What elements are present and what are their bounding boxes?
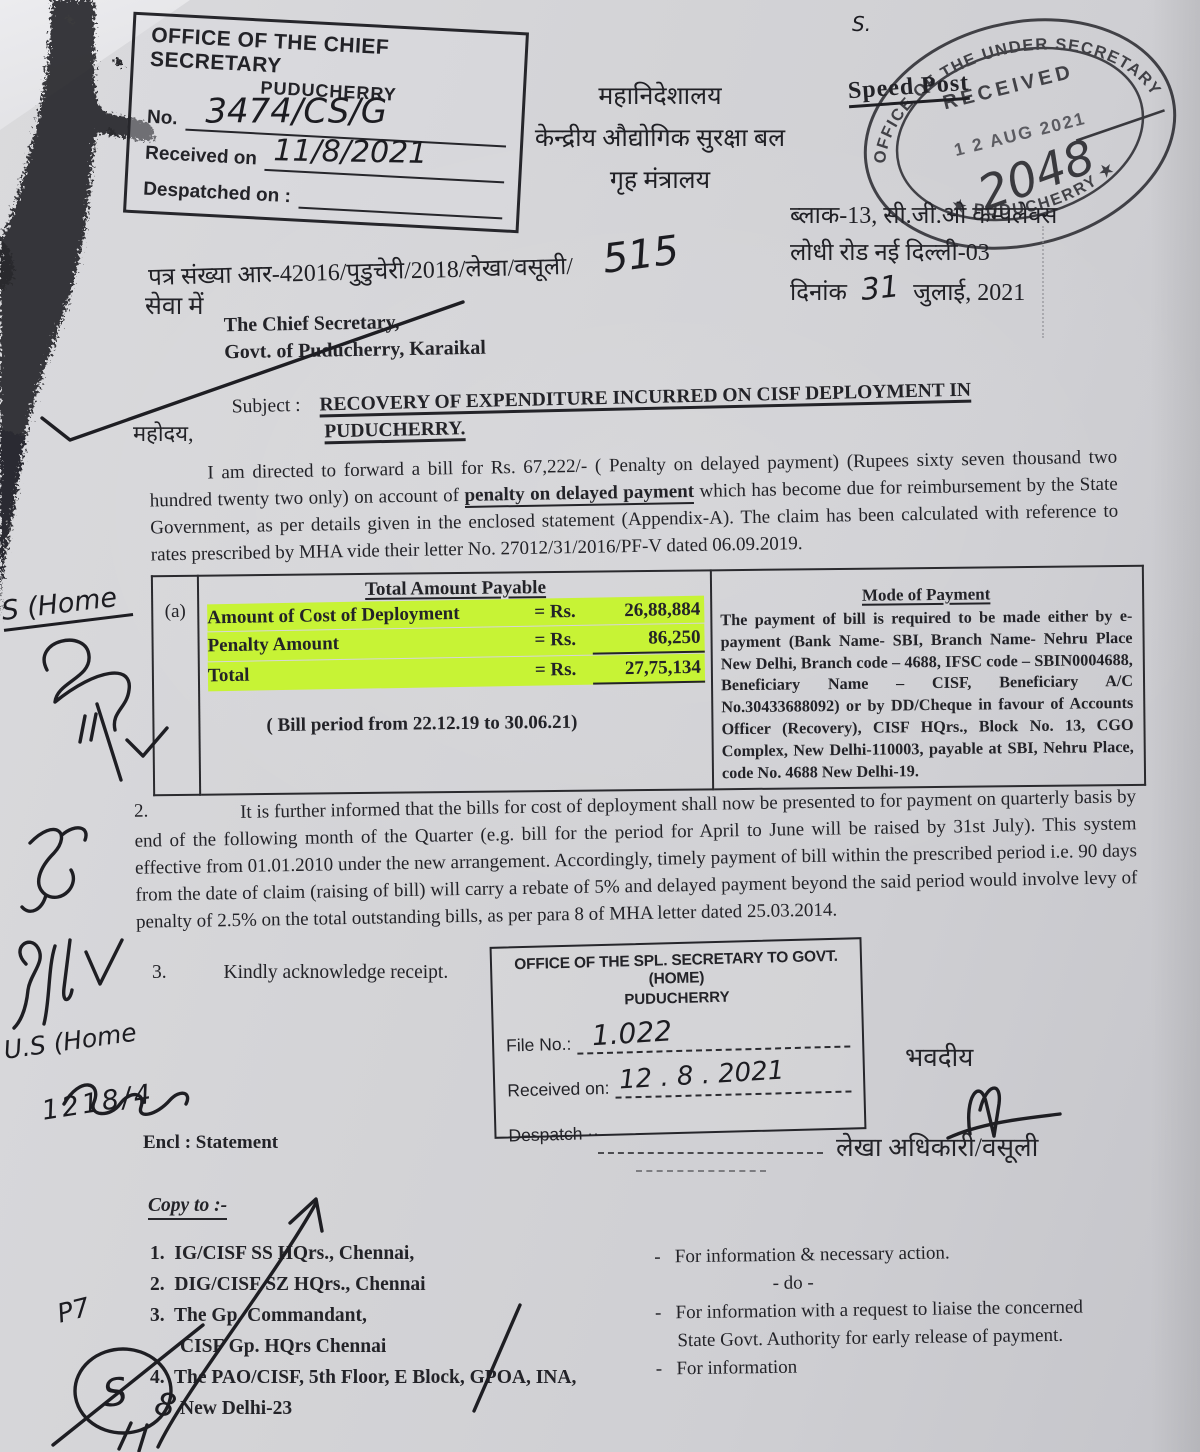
cs-no-handwritten: 3474/CS/G — [205, 92, 387, 132]
dash-line-2 — [636, 1170, 766, 1172]
note-5: - For information — [656, 1348, 1166, 1383]
closing-designation: लेखा अधिकारी/वसूली — [836, 1128, 1038, 1164]
letterhead-line2: केन्द्रीय औद्योगिक सुरक्षा बल — [495, 118, 825, 160]
mode-of-payment-text: The payment of bill is required to be ma… — [720, 606, 1134, 785]
row1-label: Amount of Cost of Deployment — [207, 599, 534, 632]
closing-regards: भवदीय — [905, 1038, 973, 1074]
chief-secretary-stamp-box: OFFICE OF THE CHIEF SECRETARY PUDUCHERRY… — [123, 12, 529, 233]
cs-received-handwritten: 11/8/2021 — [273, 133, 427, 171]
row1-value: 26,88,884 — [592, 596, 704, 625]
letterhead-line1: महानिदेशालय — [495, 76, 825, 118]
paragraph-2: 2. It is further informed that the bills… — [134, 783, 1138, 935]
spl-secretary-stamp-box: OFFICE OF THE SPL. SECRETARY TO GOVT. (H… — [490, 937, 867, 1139]
enclosure-line: Encl : Statement — [143, 1132, 278, 1154]
cs-stamp-despatched-row: Despatched on : — [143, 179, 504, 220]
para3-number: 3. — [152, 962, 167, 983]
para2-text: It is further informed that the bills fo… — [134, 783, 1138, 935]
salutation: महोदय, — [133, 418, 193, 448]
spl-received-row: Received on: 12 . 8 . 2021 — [507, 1071, 851, 1101]
para3-text: Kindly acknowledge receipt. — [224, 962, 449, 983]
cs-stamp-received-row: Received on 11/8/2021 — [145, 143, 506, 184]
notes-block: - For information & necessary action. - … — [654, 1236, 1166, 1383]
margin-scrawl-2 — [0, 815, 110, 920]
paragraph-3: 3. Kindly acknowledge receipt. — [152, 962, 448, 984]
para2-number: 2. — [134, 801, 149, 823]
cs-despatched-line — [298, 187, 503, 220]
date-day-handwritten: 31 — [859, 268, 901, 309]
spl-file-handwritten: 1.022 — [591, 1014, 673, 1052]
letterhead-line3: गृह मंत्रालय — [495, 160, 825, 202]
row3-label: Total — [208, 657, 535, 692]
scanned-letter-page: OFFICE OF THE CHIEF SECRETARY PUDUCHERRY… — [0, 0, 1200, 1452]
letterhead-hindi: महानिदेशालय केन्द्रीय औद्योगिक सुरक्षा ब… — [495, 76, 825, 202]
table-right-cell: Mode of Payment The payment of bill is r… — [711, 566, 1145, 790]
paper-fold-line — [1042, 226, 1044, 338]
row1-eq: = Rs. — [534, 598, 592, 626]
row2-label: Penalty Amount — [207, 627, 534, 662]
paragraph-1: I am directed to forward a bill for Rs. … — [149, 444, 1119, 569]
handwritten-arrow-stroke — [130, 1185, 550, 1452]
row2-value: 86,250 — [592, 624, 704, 655]
cs-despatched-label: Despatched on : — [143, 179, 292, 209]
row3-eq: = Rs. — [535, 656, 593, 686]
reference-printed: पत्र संख्या आर-42016/पुडुचेरी/2018/लेखा/… — [148, 254, 573, 291]
amount-table: (a) Total Amount Payable Amount of Cost … — [151, 565, 1146, 797]
spl-title: OFFICE OF THE SPL. SECRETARY TO GOVT. (H… — [504, 948, 849, 993]
spl-file-row: File No.: 1.022 — [506, 1027, 850, 1057]
sender-address-dateline: दिनांक 31 जुलाई, 2021 — [790, 272, 1200, 312]
row3-value: 27,75,134 — [593, 654, 705, 685]
under-secretary-received-stamp: OFFICE OF THE UNDER SECRETARY ★ PUDUCHER… — [848, 8, 1193, 260]
para1-underlined-phrase: penalty on delayed payment — [464, 481, 694, 508]
date-rest: जुलाई, 2021 — [913, 280, 1025, 306]
spl-despatch-label: Despatch ·· — [508, 1123, 599, 1146]
cs-no-label: No. — [146, 107, 178, 131]
bill-period: ( Bill period from 22.12.19 to 30.06.21) — [266, 710, 705, 737]
table-left-cell: Total Amount Payable Amount of Cost of D… — [198, 570, 713, 795]
spl-received-label: Received on: — [507, 1078, 610, 1102]
corner-scrawl-s: S — [100, 1369, 130, 1416]
table-right-header: Mode of Payment — [720, 583, 1132, 607]
row2-eq: = Rs. — [534, 626, 592, 656]
right-edge-shade — [1150, 0, 1200, 1452]
subject-line2: PUDUCHERRY. — [324, 418, 466, 443]
dash-line — [598, 1152, 823, 1154]
reference-number-handwritten: 515 — [600, 227, 682, 283]
spl-file-label: File No.: — [506, 1034, 572, 1057]
spl-despatch-row: Despatch ·· — [508, 1116, 852, 1146]
subject-label: Subject : — [232, 395, 301, 418]
cs-received-label: Received on — [145, 143, 258, 171]
date-label: दिनांक — [790, 280, 847, 306]
